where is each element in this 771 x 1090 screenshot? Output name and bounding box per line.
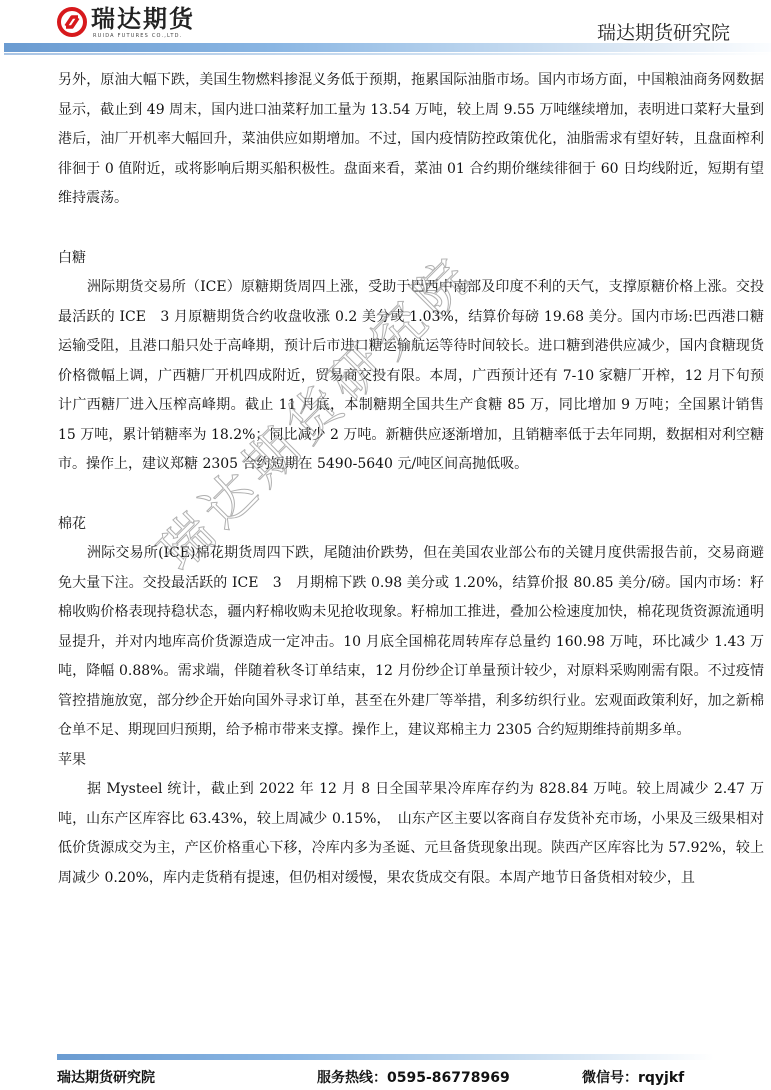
sugar-paragraph: 洲际期货交易所（ICE）原糖期货周四上涨，受助于巴西中南部及印度不利的天气，支撑… — [58, 273, 764, 480]
header-divider — [4, 53, 771, 55]
report-body: 另外，原油大幅下跌，美国生物燃料掺混义务低于预期，拖累国际油脂市场。国内市场方面… — [58, 66, 764, 893]
section-heading-cotton: 棉花 — [58, 510, 764, 540]
logo-english-name: RUIDA FUTURES CO.,LTD. — [93, 33, 195, 39]
cotton-paragraph: 洲际交易所(ICE)棉花期货周四下跌，尾随油价跌势，但在美国农业部公布的关键月度… — [58, 539, 764, 746]
footer-org-name: 瑞达期货研究院 — [57, 1067, 155, 1087]
footer-wechat: 微信号：rqyjkf — [582, 1067, 684, 1087]
ruida-logo-icon — [57, 7, 87, 37]
page-footer: 瑞达期货研究院 服务热线：0595-86778969 微信号：rqyjkf — [57, 1067, 757, 1087]
company-logo: 瑞达期货 RUIDA FUTURES CO.,LTD. — [57, 5, 195, 39]
rapeseed-oil-paragraph: 另外，原油大幅下跌，美国生物燃料掺混义务低于预期，拖累国际油脂市场。国内市场方面… — [58, 66, 764, 214]
logo-chinese-name: 瑞达期货 — [91, 5, 195, 33]
footer-gradient-bar — [57, 1054, 714, 1060]
page-header: 瑞达期货 RUIDA FUTURES CO.,LTD. 瑞达期货研究院 — [0, 0, 771, 62]
footer-hotline: 服务热线：0595-86778969 — [317, 1067, 510, 1087]
header-title: 瑞达期货研究院 — [597, 18, 730, 45]
section-heading-sugar: 白糖 — [58, 244, 764, 274]
header-gradient-bar — [4, 43, 771, 52]
section-heading-apple: 苹果 — [58, 746, 764, 776]
apple-paragraph: 据 Mysteel 统计，截止到 2022 年 12 月 8 日全国苹果冷库库存… — [58, 775, 764, 893]
